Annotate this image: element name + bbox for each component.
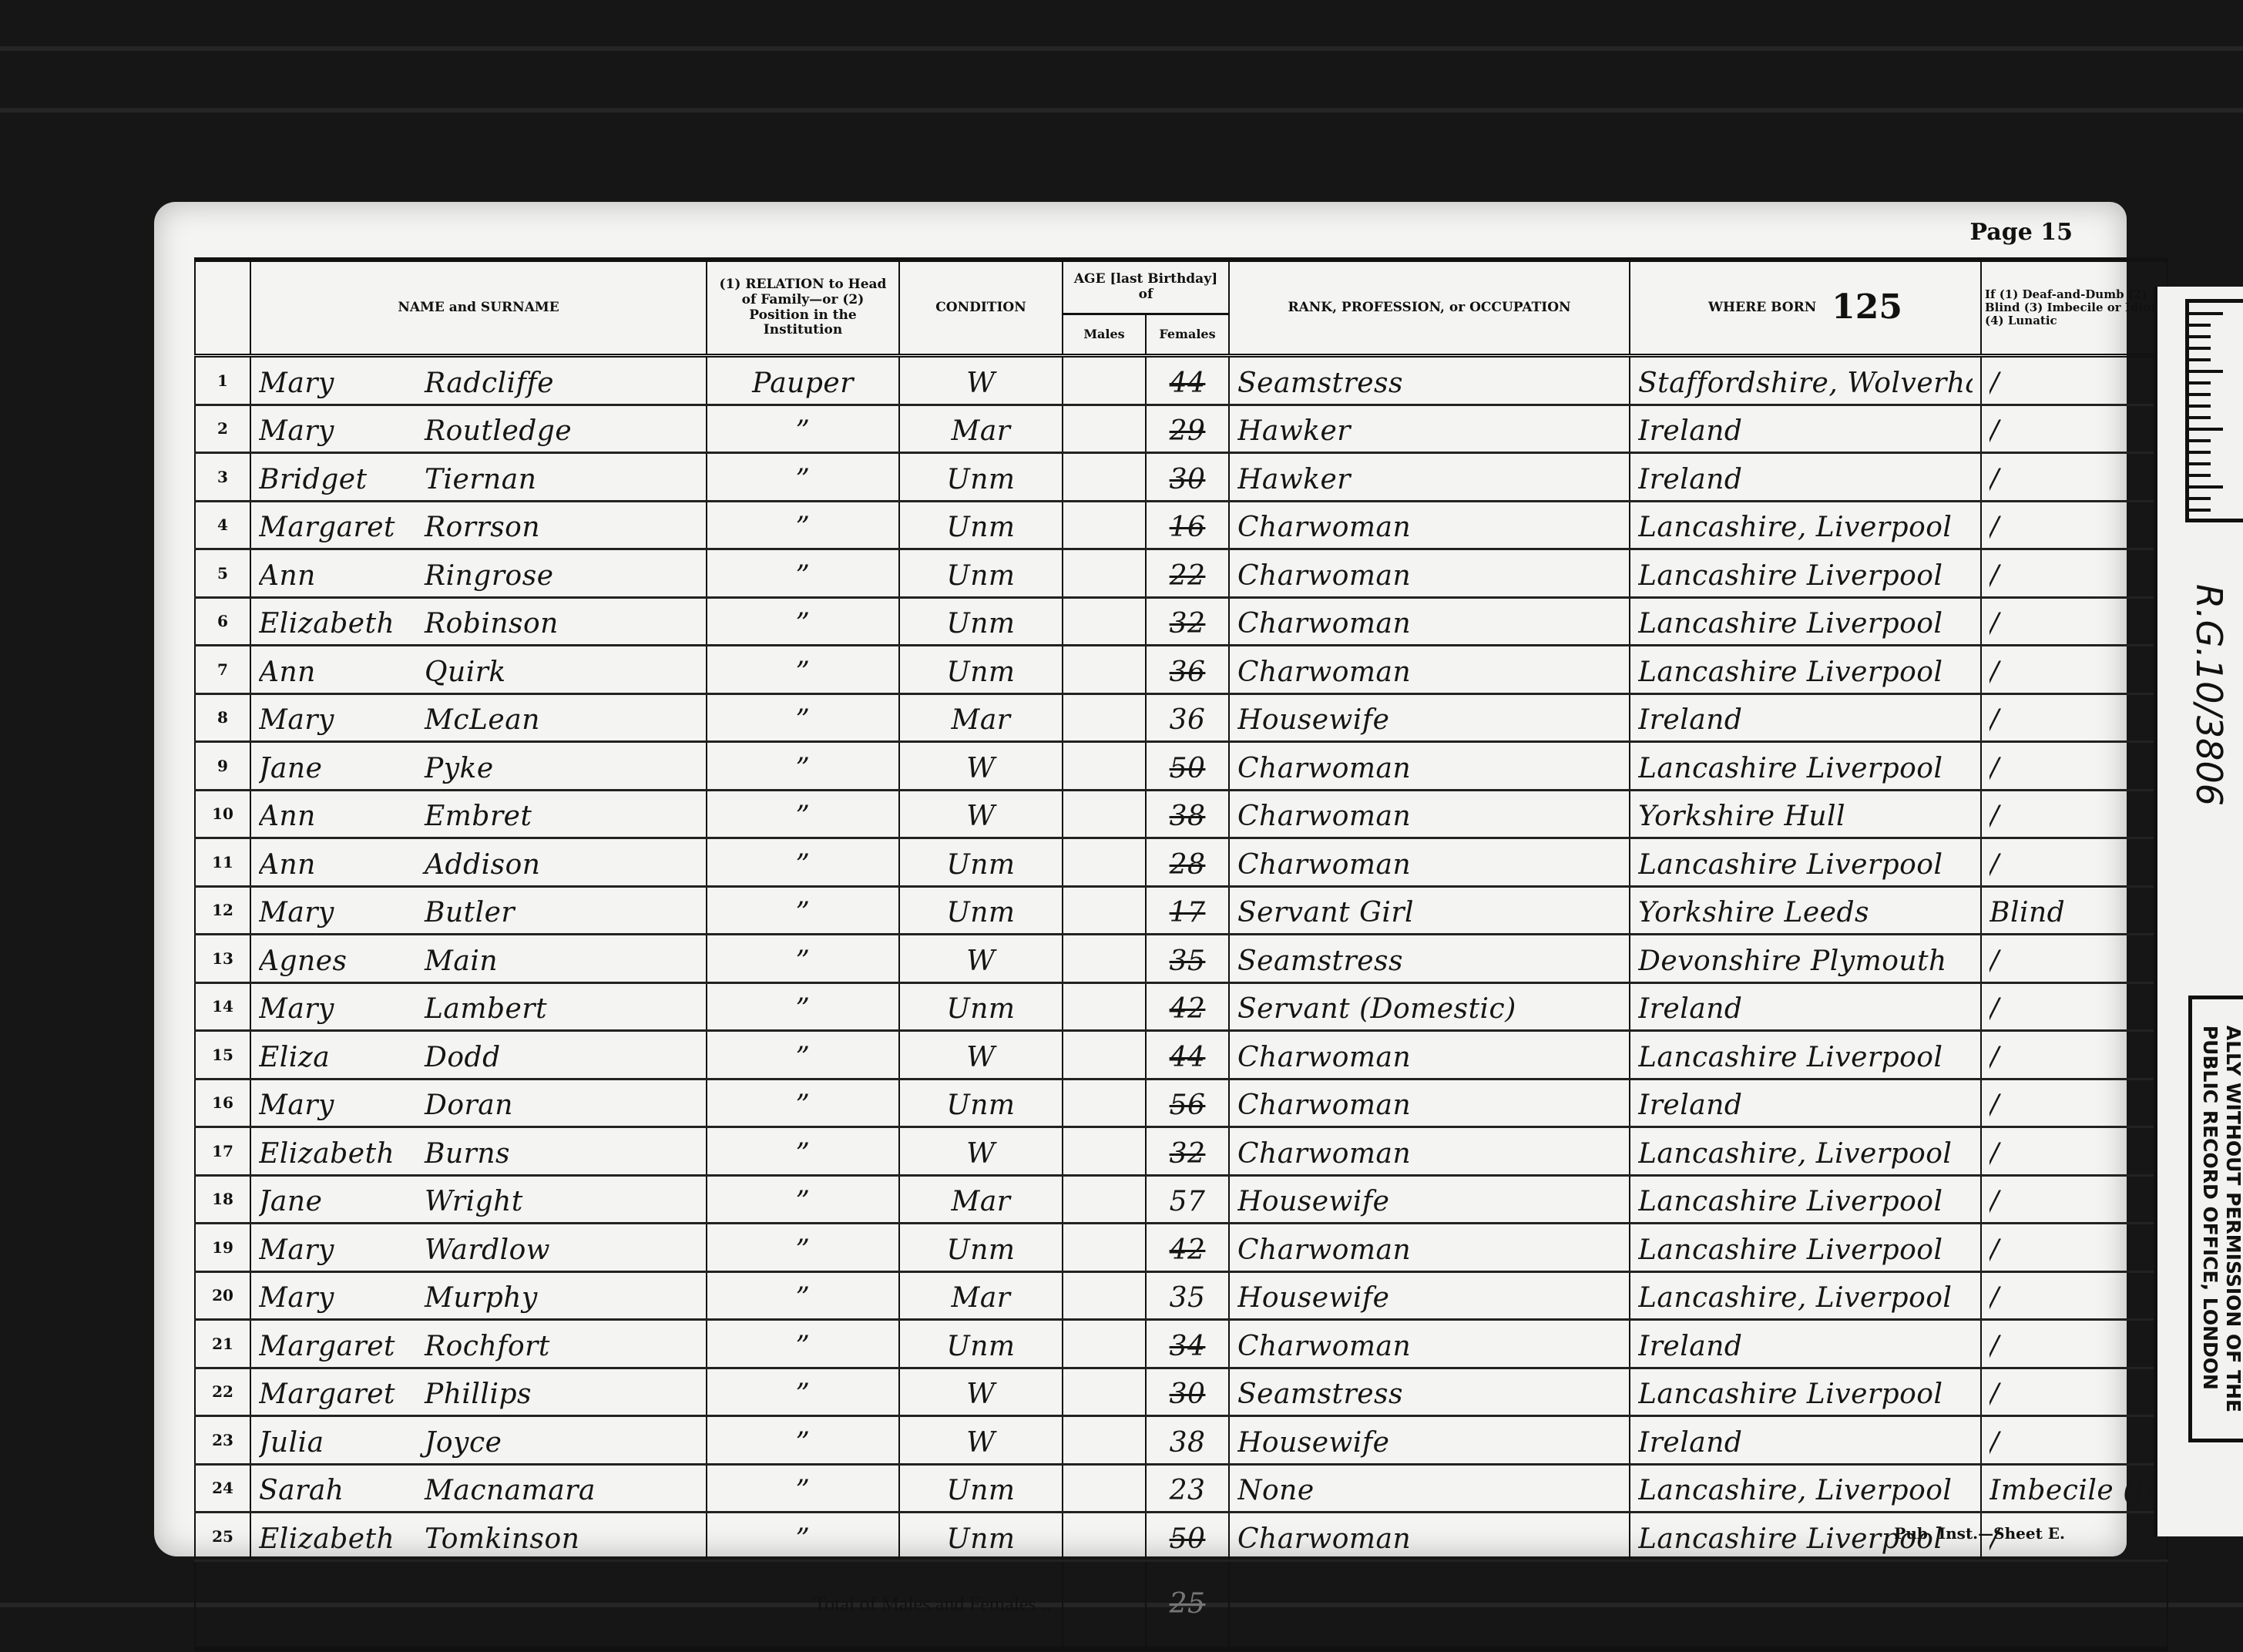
condition-cell: Unm: [899, 1464, 1063, 1513]
surname: Main: [425, 945, 498, 977]
cell-age_f: 17: [1154, 893, 1221, 933]
header-relation: (1) RELATION to Head of Family—or (2) Po…: [707, 260, 899, 356]
cell-age_f: 34: [1154, 1327, 1221, 1367]
relation-cell: ”: [707, 646, 899, 694]
name-cell: SarahMacnamara: [250, 1464, 707, 1513]
totals-females: 25: [1146, 1560, 1229, 1649]
cell-condition: Mar: [908, 411, 1054, 452]
cell-relation: ”: [715, 989, 891, 1029]
age-females-cell: 57: [1146, 1175, 1229, 1224]
row-number: 14: [195, 982, 250, 1031]
first-name: Julia: [259, 1423, 425, 1463]
occupation-cell: Servant (Domestic): [1229, 982, 1630, 1031]
cell-condition: Mar: [908, 1278, 1054, 1318]
first-name: Sarah: [259, 1471, 425, 1511]
condition-cell: Unm: [899, 1320, 1063, 1368]
cell-age_f: 28: [1154, 845, 1221, 885]
ruler-tick: [2189, 312, 2223, 315]
table-row: 1MaryRadcliffePauperW44SeamstressStaffor…: [195, 356, 2167, 405]
name-cell: AnnRingrose: [250, 549, 707, 598]
cell-occupation: Charwoman: [1237, 749, 1621, 789]
name-cell: ElizaDodd: [250, 1031, 707, 1080]
infirmity-cell: Imbecile (from birth): [1981, 1464, 2167, 1513]
infirmity-cell: /: [1981, 1224, 2167, 1272]
cell-age_f: 29: [1154, 411, 1221, 452]
cell-born: Yorkshire Leeds: [1638, 893, 1973, 933]
cell-condition: Unm: [908, 653, 1054, 693]
cell-relation: Pauper: [715, 364, 891, 404]
condition-cell: Unm: [899, 597, 1063, 646]
infirmity-cell: /: [1981, 549, 2167, 598]
age-males-cell: [1063, 356, 1146, 405]
cell-relation: ”: [715, 508, 891, 548]
row-number-text: 23: [212, 1431, 233, 1449]
cell-age_f: 36: [1154, 700, 1221, 740]
occupation-cell: None: [1229, 1464, 1630, 1513]
cell-born: Lancashire Liverpool: [1638, 845, 1973, 885]
cell-condition: W: [908, 1375, 1054, 1415]
stamp-line-2: PUBLIC RECORD OFFICE, LONDON: [2199, 1026, 2221, 1390]
table-row: 10AnnEmbret”W38CharwomanYorkshire Hull/: [195, 790, 2167, 838]
cell-age_f: 35: [1154, 1278, 1221, 1318]
cell-relation: ”: [715, 1278, 891, 1318]
row-number: 11: [195, 838, 250, 887]
where-born-cell: Lancashire Liverpool: [1630, 597, 1981, 646]
age-males-cell: [1063, 549, 1146, 598]
where-born-cell: Ireland: [1630, 405, 1981, 453]
table-row: 15ElizaDodd”W44CharwomanLancashire Liver…: [195, 1031, 2167, 1080]
infirmity-cell: /: [1981, 790, 2167, 838]
table-row: 11AnnAddison”Unm28CharwomanLancashire Li…: [195, 838, 2167, 887]
row-number-text: 17: [212, 1142, 233, 1160]
row-number-text: 11: [212, 853, 233, 871]
condition-cell: W: [899, 790, 1063, 838]
condition-cell: Mar: [899, 1175, 1063, 1224]
infirmity-cell: /: [1981, 597, 2167, 646]
cell-occupation: Charwoman: [1237, 508, 1621, 548]
first-name: Mary: [259, 1278, 425, 1318]
condition-cell: Unm: [899, 1513, 1063, 1561]
row-number-text: 7: [217, 660, 228, 679]
age-females-cell: 23: [1146, 1464, 1229, 1513]
name-cell: MargaretRochfort: [250, 1320, 707, 1368]
cell-infirmity: /: [1989, 1327, 2159, 1367]
condition-cell: W: [899, 1031, 1063, 1080]
totals-row: Total of Males and Females .. 25: [195, 1560, 2167, 1649]
age-males-cell: [1063, 1513, 1146, 1561]
infirmity-cell: /: [1981, 742, 2167, 791]
cell-age_f: 44: [1154, 364, 1221, 404]
occupation-cell: Charwoman: [1229, 501, 1630, 549]
cell-occupation: Charwoman: [1237, 1134, 1621, 1174]
cell-born: Ireland: [1638, 460, 1973, 500]
surname: Rorrson: [425, 512, 540, 543]
cell-occupation: Charwoman: [1237, 1038, 1621, 1078]
first-name: Margaret: [259, 1375, 425, 1415]
condition-cell: W: [899, 356, 1063, 405]
table-row: 24SarahMacnamara”Unm23NoneLancashire, Li…: [195, 1464, 2167, 1513]
name-cell: AgnesMain: [250, 935, 707, 983]
first-name: Bridget: [259, 460, 425, 500]
age-males-cell: [1063, 693, 1146, 742]
first-name: Ann: [259, 797, 425, 837]
ruler-tick: [2189, 497, 2211, 500]
surname: Tomkinson: [425, 1523, 579, 1555]
census-table: NAME and SURNAME (1) RELATION to Head of…: [194, 257, 2168, 1651]
cell-relation: ”: [715, 845, 891, 885]
condition-cell: Mar: [899, 693, 1063, 742]
footer-publication-note: Pub. Inst.—Sheet E.: [1894, 1524, 2065, 1543]
cell-infirmity: /: [1989, 604, 2159, 644]
age-males-cell: [1063, 982, 1146, 1031]
row-number: 1: [195, 356, 250, 405]
age-females-cell: 32: [1146, 597, 1229, 646]
relation-cell: ”: [707, 742, 899, 791]
relation-cell: ”: [707, 1224, 899, 1272]
row-number: 12: [195, 886, 250, 935]
table-row: 13AgnesMain”W35SeamstressDevonshire Plym…: [195, 935, 2167, 983]
header-occupation: RANK, PROFESSION, or OCCUPATION: [1229, 260, 1630, 356]
surname: Addison: [425, 849, 540, 881]
cell-born: Ireland: [1638, 411, 1973, 452]
occupation-cell: Housewife: [1229, 1271, 1630, 1320]
surname: Pyke: [425, 753, 494, 784]
surname: Radcliffe: [425, 368, 554, 399]
cell-relation: ”: [715, 1375, 891, 1415]
table-row: 4MargaretRorrson”Unm16CharwomanLancashir…: [195, 501, 2167, 549]
where-born-cell: Ireland: [1630, 1320, 1981, 1368]
first-name: Mary: [259, 893, 425, 933]
cell-born: Lancashire, Liverpool: [1638, 1278, 1973, 1318]
header-infirmity: If (1) Deaf-and-Dumb (2) Blind (3) Imbec…: [1981, 260, 2167, 356]
cell-occupation: Seamstress: [1237, 364, 1621, 404]
cell-condition: Unm: [908, 1471, 1054, 1511]
cell-condition: Unm: [908, 556, 1054, 596]
condition-cell: Unm: [899, 549, 1063, 598]
row-number: 21: [195, 1320, 250, 1368]
cell-occupation: Charwoman: [1237, 604, 1621, 644]
census-table-wrapper: NAME and SURNAME (1) RELATION to Head of…: [194, 257, 2090, 1651]
row-number-text: 21: [212, 1335, 233, 1353]
cell-age_f: 32: [1154, 1134, 1221, 1174]
cell-age_f: 22: [1154, 556, 1221, 596]
cell-born: Lancashire Liverpool: [1638, 1038, 1973, 1078]
age-females-cell: 22: [1146, 549, 1229, 598]
ruler-tick: [2189, 428, 2223, 431]
infirmity-cell: /: [1981, 1320, 2167, 1368]
name-cell: AnnAddison: [250, 838, 707, 887]
name-cell: ElizabethBurns: [250, 1127, 707, 1176]
row-number: 24: [195, 1464, 250, 1513]
where-born-cell: Lancashire Liverpool: [1630, 1031, 1981, 1080]
infirmity-cell: /: [1981, 1175, 2167, 1224]
cell-condition: Unm: [908, 845, 1054, 885]
first-name: Margaret: [259, 508, 425, 548]
cell-born: Lancashire Liverpool: [1638, 556, 1973, 596]
occupation-cell: Charwoman: [1229, 597, 1630, 646]
occupation-cell: Seamstress: [1229, 356, 1630, 405]
relation-cell: ”: [707, 1464, 899, 1513]
row-number: 15: [195, 1031, 250, 1080]
table-row: 3BridgetTiernan”Unm30HawkerIreland/: [195, 453, 2167, 502]
cell-infirmity: /: [1989, 1231, 2159, 1271]
table-row: 9JanePyke”W50CharwomanLancashire Liverpo…: [195, 742, 2167, 791]
header-row-number: [195, 260, 250, 356]
age-males-cell: [1063, 646, 1146, 694]
relation-cell: ”: [707, 549, 899, 598]
cell-condition: Unm: [908, 1519, 1054, 1560]
infirmity-cell: /: [1981, 356, 2167, 405]
where-born-cell: Lancashire, Liverpool: [1630, 1127, 1981, 1176]
scan-background: [0, 108, 2243, 112]
age-males-cell: [1063, 1175, 1146, 1224]
cell-infirmity: /: [1989, 942, 2159, 982]
first-name: Elizabeth: [259, 604, 425, 644]
cell-occupation: Hawker: [1237, 460, 1621, 500]
row-number: 23: [195, 1416, 250, 1465]
ruler-tick: [2189, 335, 2211, 338]
cell-infirmity: /: [1989, 700, 2159, 740]
cell-relation: ”: [715, 797, 891, 837]
age-males-cell: [1063, 405, 1146, 453]
cell-infirmity: /: [1989, 1182, 2159, 1222]
occupation-cell: Hawker: [1229, 453, 1630, 502]
cell-relation: ”: [715, 460, 891, 500]
age-males-cell: [1063, 742, 1146, 791]
name-cell: AnnQuirk: [250, 646, 707, 694]
ruler-tick: [2189, 381, 2211, 384]
archive-reference: R.G.10/3806: [2174, 541, 2243, 849]
condition-cell: Unm: [899, 1079, 1063, 1127]
cell-infirmity: Imbecile (from birth): [1989, 1471, 2159, 1511]
relation-cell: ”: [707, 1031, 899, 1080]
first-name: Jane: [259, 1182, 425, 1222]
row-number-text: 8: [217, 708, 228, 727]
cell-occupation: Charwoman: [1237, 1231, 1621, 1271]
surname: Embret: [425, 801, 532, 832]
cell-born: Lancashire Liverpool: [1638, 653, 1973, 693]
age-males-cell: [1063, 501, 1146, 549]
relation-cell: ”: [707, 597, 899, 646]
occupation-cell: Hawker: [1229, 405, 1630, 453]
age-females-cell: 30: [1146, 453, 1229, 502]
age-females-cell: 28: [1146, 838, 1229, 887]
name-cell: ElizabethTomkinson: [250, 1513, 707, 1561]
condition-cell: W: [899, 1368, 1063, 1416]
surname: Ringrose: [425, 560, 554, 592]
cell-condition: Unm: [908, 1231, 1054, 1271]
where-born-cell: Lancashire Liverpool: [1630, 1368, 1981, 1416]
table-row: 22MargaretPhillips”W30SeamstressLancashi…: [195, 1368, 2167, 1416]
header-name: NAME and SURNAME: [250, 260, 707, 356]
cell-relation: ”: [715, 1471, 891, 1511]
cell-born: Lancashire Liverpool: [1638, 604, 1973, 644]
name-cell: JanePyke: [250, 742, 707, 791]
cell-age_f: 42: [1154, 1231, 1221, 1271]
age-females-cell: 44: [1146, 1031, 1229, 1080]
cell-condition: W: [908, 797, 1054, 837]
condition-cell: Mar: [899, 405, 1063, 453]
first-name: Ann: [259, 653, 425, 693]
occupation-cell: Seamstress: [1229, 935, 1630, 983]
cell-born: Ireland: [1638, 1423, 1973, 1463]
totals-males: [1063, 1560, 1146, 1649]
age-males-cell: [1063, 1464, 1146, 1513]
first-name: Elizabeth: [259, 1519, 425, 1560]
cell-condition: W: [908, 1423, 1054, 1463]
cell-occupation: Charwoman: [1237, 1519, 1621, 1560]
row-number: 10: [195, 790, 250, 838]
age-males-cell: [1063, 790, 1146, 838]
ruler-tick: [2189, 509, 2211, 512]
row-number-text: 9: [217, 757, 228, 775]
relation-cell: ”: [707, 1175, 899, 1224]
cell-occupation: Hawker: [1237, 411, 1621, 452]
cell-infirmity: /: [1989, 1086, 2159, 1126]
condition-cell: W: [899, 1416, 1063, 1465]
name-cell: JaneWright: [250, 1175, 707, 1224]
cell-born: Staffordshire, Wolverhampton: [1638, 364, 1973, 404]
where-born-cell: Lancashire, Liverpool: [1630, 1464, 1981, 1513]
cell-infirmity: /: [1989, 749, 2159, 789]
table-row: 12MaryButler”Unm17Servant GirlYorkshire …: [195, 886, 2167, 935]
census-entries: 1MaryRadcliffePauperW44SeamstressStaffor…: [195, 356, 2167, 1561]
cell-relation: ”: [715, 749, 891, 789]
surname: McLean: [425, 704, 540, 736]
cell-infirmity: /: [1989, 797, 2159, 837]
occupation-cell: Housewife: [1229, 1416, 1630, 1465]
cell-born: Ireland: [1638, 1327, 1973, 1367]
relation-cell: Pauper: [707, 356, 899, 405]
occupation-cell: Charwoman: [1229, 742, 1630, 791]
cell-condition: W: [908, 1134, 1054, 1174]
cell-occupation: Charwoman: [1237, 653, 1621, 693]
surname: Murphy: [425, 1282, 538, 1314]
row-number-text: 14: [212, 997, 233, 1016]
where-born-cell: Yorkshire Leeds: [1630, 886, 1981, 935]
infirmity-cell: /: [1981, 1271, 2167, 1320]
name-cell: MaryLambert: [250, 982, 707, 1031]
header-where-born-label: WHERE BORN: [1708, 300, 1816, 315]
age-males-cell: [1063, 453, 1146, 502]
row-number: 2: [195, 405, 250, 453]
cell-occupation: Housewife: [1237, 1423, 1621, 1463]
cell-infirmity: /: [1989, 1278, 2159, 1318]
surname: Joyce: [425, 1427, 502, 1459]
occupation-cell: Servant Girl: [1229, 886, 1630, 935]
ruler-tick: [2189, 485, 2223, 489]
cell-infirmity: /: [1989, 1375, 2159, 1415]
cell-born: Lancashire, Liverpool: [1638, 1134, 1973, 1174]
age-females-cell: 30: [1146, 1368, 1229, 1416]
surname: Macnamara: [425, 1475, 596, 1506]
ruler-tick: [2189, 405, 2211, 408]
age-females-cell: 50: [1146, 742, 1229, 791]
age-females-cell: 44: [1146, 356, 1229, 405]
age-females-cell: 34: [1146, 1320, 1229, 1368]
page-number: Page 15: [1970, 219, 2073, 246]
relation-cell: ”: [707, 1368, 899, 1416]
where-born-cell: Lancashire Liverpool: [1630, 1175, 1981, 1224]
cell-condition: Unm: [908, 508, 1054, 548]
name-cell: MaryButler: [250, 886, 707, 935]
cell-occupation: Charwoman: [1237, 845, 1621, 885]
table-row: 18JaneWright”Mar57HousewifeLancashire Li…: [195, 1175, 2167, 1224]
age-females-cell: 50: [1146, 1513, 1229, 1561]
cell-occupation: Housewife: [1237, 700, 1621, 740]
header-age-males: Males: [1063, 314, 1146, 356]
infirmity-cell: /: [1981, 982, 2167, 1031]
age-males-cell: [1063, 1031, 1146, 1080]
row-number: 9: [195, 742, 250, 791]
cell-age_f: 44: [1154, 1038, 1221, 1078]
row-number-text: 2: [217, 419, 228, 438]
age-females-cell: 36: [1146, 646, 1229, 694]
row-number: 5: [195, 549, 250, 598]
surname: Burns: [425, 1138, 510, 1170]
cell-age_f: 35: [1154, 942, 1221, 982]
relation-cell: ”: [707, 1513, 899, 1561]
row-number-text: 20: [212, 1286, 233, 1304]
condition-cell: Mar: [899, 1271, 1063, 1320]
census-page: Page 15 NAME and SURNAME (1) RELATION to…: [154, 202, 2127, 1556]
age-males-cell: [1063, 1320, 1146, 1368]
name-cell: MaryWardlow: [250, 1224, 707, 1272]
table-row: 14MaryLambert”Unm42Servant (Domestic)Ire…: [195, 982, 2167, 1031]
stamp-line-1: ALLY WITHOUT PERMISSION OF THE: [2222, 1026, 2243, 1412]
infirmity-cell: /: [1981, 1079, 2167, 1127]
condition-cell: Unm: [899, 982, 1063, 1031]
cell-born: Yorkshire Hull: [1638, 797, 1973, 837]
age-males-cell: [1063, 1368, 1146, 1416]
table-row: 7AnnQuirk”Unm36CharwomanLancashire Liver…: [195, 646, 2167, 694]
name-cell: ElizabethRobinson: [250, 597, 707, 646]
ruler-tick: [2189, 416, 2211, 419]
condition-cell: Unm: [899, 453, 1063, 502]
cell-relation: ”: [715, 700, 891, 740]
relation-cell: ”: [707, 935, 899, 983]
cell-infirmity: /: [1989, 460, 2159, 500]
condition-cell: Unm: [899, 838, 1063, 887]
occupation-cell: Housewife: [1229, 1175, 1630, 1224]
age-females-cell: 38: [1146, 1416, 1229, 1465]
age-females-cell: 35: [1146, 1271, 1229, 1320]
cell-infirmity: /: [1989, 556, 2159, 596]
cell-condition: W: [908, 1038, 1054, 1078]
ruler-tick: [2189, 358, 2211, 361]
first-name: Mary: [259, 411, 425, 452]
name-cell: MargaretPhillips: [250, 1368, 707, 1416]
row-number-text: 1: [217, 371, 228, 390]
where-born-cell: Yorkshire Hull: [1630, 790, 1981, 838]
cell-occupation: Charwoman: [1237, 1086, 1621, 1126]
first-name: Margaret: [259, 1327, 425, 1367]
cell-relation: ”: [715, 1519, 891, 1560]
cell-age_f: 50: [1154, 749, 1221, 789]
where-born-cell: Ireland: [1630, 1416, 1981, 1465]
age-females-cell: 36: [1146, 693, 1229, 742]
cell-occupation: Seamstress: [1237, 1375, 1621, 1415]
condition-cell: W: [899, 1127, 1063, 1176]
name-cell: JuliaJoyce: [250, 1416, 707, 1465]
first-name: Elizabeth: [259, 1134, 425, 1174]
where-born-cell: Lancashire Liverpool: [1630, 549, 1981, 598]
cell-infirmity: /: [1989, 1134, 2159, 1174]
archive-strip: R.G.10/3806 ALLY WITHOUT PERMISSION OF T…: [2154, 287, 2243, 1536]
row-number: 20: [195, 1271, 250, 1320]
ruler-tick: [2189, 370, 2223, 373]
cell-born: Ireland: [1638, 989, 1973, 1029]
